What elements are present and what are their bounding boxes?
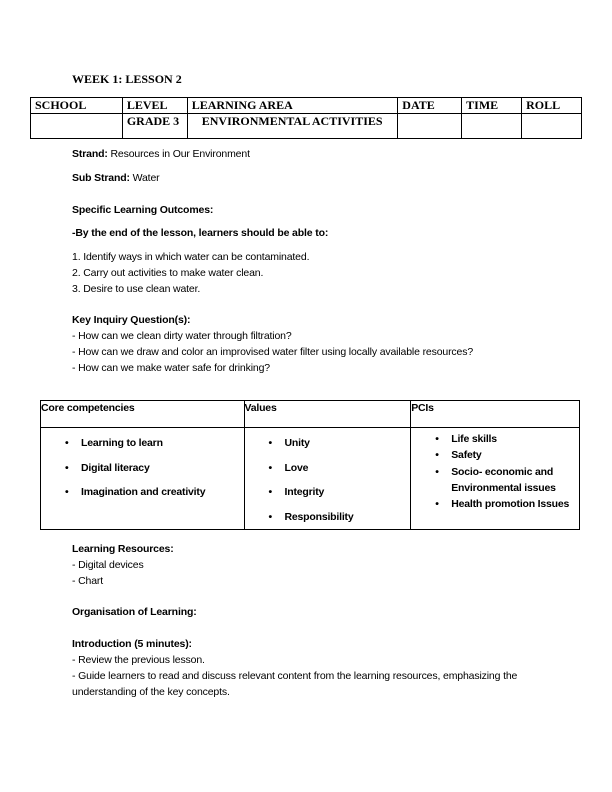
header-core-competencies: Core competencies — [41, 401, 245, 428]
lesson-info-table: SCHOOL LEVEL LEARNING AREA DATE TIME ROL… — [30, 97, 582, 139]
strand-label: Strand: — [72, 148, 108, 160]
strand-value: Resources in Our Environment — [108, 148, 250, 160]
values-list: Unity Love Integrity Responsibility — [245, 428, 411, 529]
pcis-list: Life skills Safety Socio- economic and E… — [411, 428, 579, 512]
header-date: DATE — [398, 98, 462, 114]
header-time: TIME — [462, 98, 522, 114]
outcomes-list: 1. Identify ways in which water can be c… — [72, 249, 309, 297]
introduction-item: - Review the previous lesson. — [72, 652, 542, 668]
introduction-list: - Review the previous lesson. - Guide le… — [72, 652, 542, 700]
resources-list: - Digital devices - Chart — [72, 557, 144, 589]
strand-line: Strand: Resources in Our Environment — [72, 146, 250, 162]
header-values: Values — [244, 401, 411, 428]
resource-item: - Digital devices — [72, 557, 144, 573]
inquiry-heading: Key Inquiry Question(s): — [72, 312, 190, 328]
value-date — [398, 114, 462, 139]
pcis-cell: Life skills Safety Socio- economic and E… — [411, 428, 580, 530]
sub-strand-line: Sub Strand: Water — [72, 170, 160, 186]
pci-item: Life skills — [411, 431, 579, 447]
core-competencies-list: Learning to learn Digital literacy Imagi… — [41, 428, 244, 505]
pci-item: Socio- economic and Environmental issues — [411, 464, 579, 497]
value-item: Integrity — [245, 480, 411, 505]
sub-strand-label: Sub Strand: — [72, 172, 130, 184]
lesson-title: WEEK 1: LESSON 2 — [72, 72, 182, 87]
info-header-row: SCHOOL LEVEL LEARNING AREA DATE TIME ROL… — [31, 98, 582, 114]
outcome-item: 1. Identify ways in which water can be c… — [72, 249, 309, 265]
pci-item: Safety — [411, 447, 579, 463]
value-learning-area: ENVIRONMENTAL ACTIVITIES — [187, 114, 398, 139]
competencies-body-row: Learning to learn Digital literacy Imagi… — [41, 428, 580, 530]
organisation-heading: Organisation of Learning: — [72, 604, 197, 620]
header-school: SCHOOL — [31, 98, 123, 114]
value-item: Love — [245, 456, 411, 481]
inquiry-item: - How can we make water safe for drinkin… — [72, 360, 473, 376]
outcome-item: 2. Carry out activities to make water cl… — [72, 265, 309, 281]
inquiry-item: - How can we draw and color an improvise… — [72, 344, 473, 360]
core-competencies-cell: Learning to learn Digital literacy Imagi… — [41, 428, 245, 530]
inquiry-item: - How can we clean dirty water through f… — [72, 328, 473, 344]
values-cell: Unity Love Integrity Responsibility — [244, 428, 411, 530]
introduction-heading: Introduction (5 minutes): — [72, 636, 192, 652]
resource-item: - Chart — [72, 573, 144, 589]
competencies-table: Core competencies Values PCIs Learning t… — [40, 400, 580, 530]
competency-item: Digital literacy — [41, 456, 244, 481]
value-time — [462, 114, 522, 139]
header-level: LEVEL — [122, 98, 187, 114]
introduction-item: - Guide learners to read and discuss rel… — [72, 668, 542, 700]
inquiry-list: - How can we clean dirty water through f… — [72, 328, 473, 376]
value-roll — [522, 114, 582, 139]
value-item: Responsibility — [245, 505, 411, 530]
outcome-item: 3. Desire to use clean water. — [72, 281, 309, 297]
competency-item: Learning to learn — [41, 431, 244, 456]
outcomes-heading: Specific Learning Outcomes: — [72, 202, 213, 218]
competencies-header-row: Core competencies Values PCIs — [41, 401, 580, 428]
sub-strand-value: Water — [130, 172, 160, 184]
value-school — [31, 114, 123, 139]
resources-heading: Learning Resources: — [72, 541, 174, 557]
value-item: Unity — [245, 431, 411, 456]
outcomes-intro: -By the end of the lesson, learners shou… — [72, 225, 328, 241]
header-learning-area: LEARNING AREA — [187, 98, 398, 114]
header-roll: ROLL — [522, 98, 582, 114]
info-value-row: GRADE 3 ENVIRONMENTAL ACTIVITIES — [31, 114, 582, 139]
competency-item: Imagination and creativity — [41, 480, 244, 505]
header-pcis: PCIs — [411, 401, 580, 428]
pci-item: Health promotion Issues — [411, 496, 579, 512]
value-level: GRADE 3 — [122, 114, 187, 139]
